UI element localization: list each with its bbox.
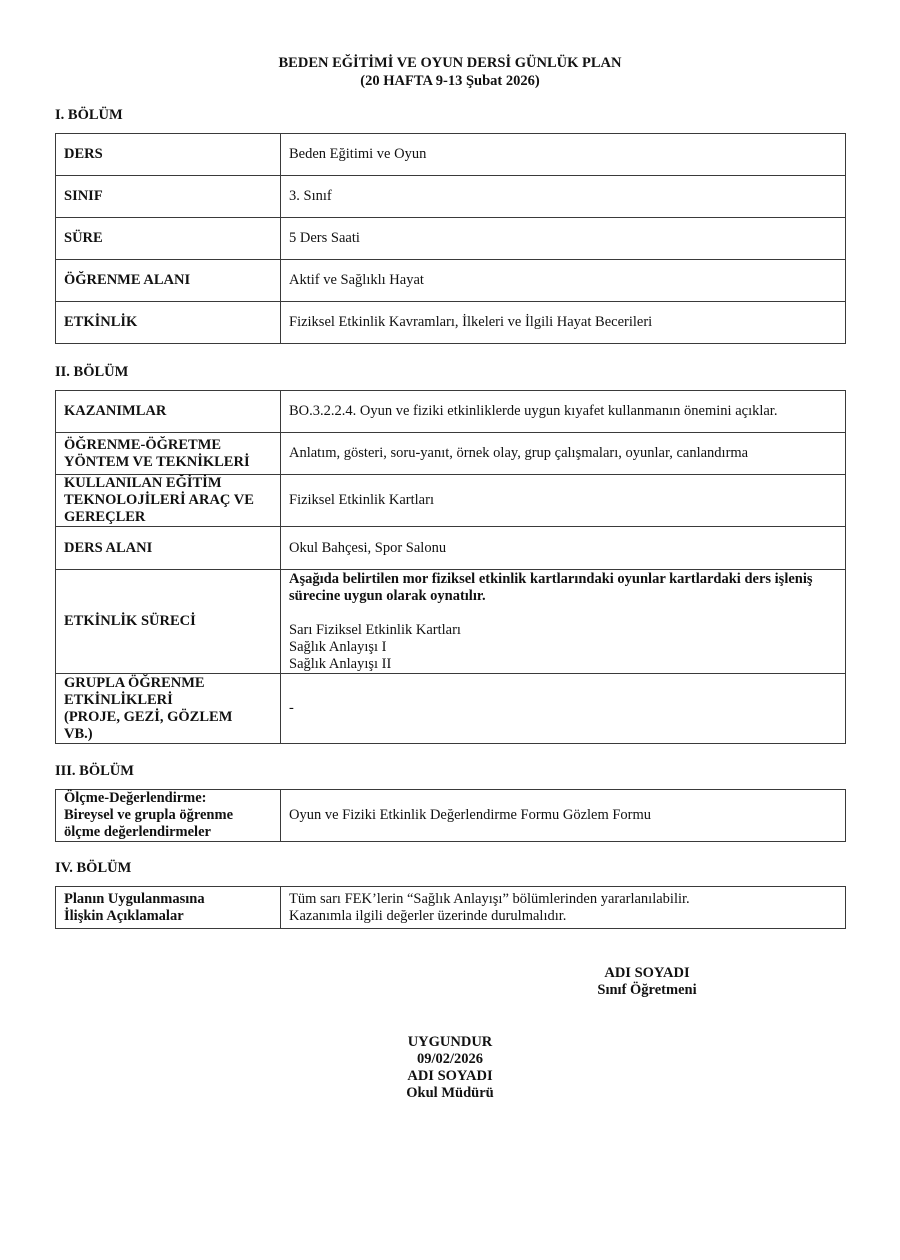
section-2-heading: II. BÖLÜM	[55, 364, 128, 381]
intro-line: sürecine uygun olarak oynatılır.	[289, 588, 837, 605]
kazanimlar-label: KAZANIMLAR	[56, 391, 281, 433]
table-row: GRUPLA ÖĞRENME ETKİNLİKLERİ (PROJE, GEZİ…	[56, 674, 846, 744]
grupla-value: -	[281, 674, 846, 744]
surec-item: Sağlık Anlayışı I	[289, 639, 837, 656]
row-value: Aktif ve Sağlıklı Hayat	[281, 260, 846, 302]
section-1-table: DERS Beden Eğitimi ve Oyun SINIF 3. Sını…	[55, 133, 846, 344]
value-line: Kazanımla ilgili değerler üzerinde durul…	[289, 908, 837, 925]
row-label: DERS	[56, 134, 281, 176]
teacher-name: ADI SOYADI	[547, 965, 747, 982]
table-row: ETKİNLİK SÜRECİ Aşağıda belirtilen mor f…	[56, 570, 846, 674]
surec-intro: Aşağıda belirtilen mor fiziksel etkinlik…	[289, 571, 837, 605]
araclar-value: Fiziksel Etkinlik Kartları	[281, 475, 846, 527]
label-line: Planın Uygulanmasına	[64, 891, 272, 908]
table-row: Ölçme-Değerlendirme: Bireysel ve grupla …	[56, 790, 846, 842]
label-line: Bireysel ve grupla öğrenme	[64, 807, 272, 824]
section-3-heading: III. BÖLÜM	[55, 763, 134, 780]
row-label: ETKİNLİK	[56, 302, 281, 344]
table-row: ÖĞRENME-ÖĞRETME YÖNTEM VE TEKNİKLERİ Anl…	[56, 433, 846, 475]
row-label: SINIF	[56, 176, 281, 218]
principal-name: ADI SOYADI	[350, 1068, 550, 1085]
label-line: İlişkin Açıklamalar	[64, 908, 272, 925]
label-line: GEREÇLER	[64, 509, 272, 526]
section-1-heading: I. BÖLÜM	[55, 107, 123, 124]
yontem-value: Anlatım, gösteri, soru-yanıt, örnek olay…	[281, 433, 846, 475]
approval-date: 09/02/2026	[350, 1051, 550, 1068]
table-row: SINIF 3. Sınıf	[56, 176, 846, 218]
table-row: SÜRE 5 Ders Saati	[56, 218, 846, 260]
aciklamalar-value: Tüm sarı FEK’lerin “Sağlık Anlayışı” böl…	[281, 887, 846, 929]
label-line: ÖĞRENME-ÖĞRETME	[64, 437, 272, 454]
section-4-table: Planın Uygulanmasına İlişkin Açıklamalar…	[55, 886, 846, 929]
araclar-label: KULLANILAN EĞİTİM TEKNOLOJİLERİ ARAÇ VE …	[56, 475, 281, 527]
teacher-title: Sınıf Öğretmeni	[547, 982, 747, 999]
section-2-table: KAZANIMLAR BO.3.2.2.4. Oyun ve fiziki et…	[55, 390, 846, 744]
kazanimlar-value: BO.3.2.2.4. Oyun ve fiziki etkinliklerde…	[281, 391, 846, 433]
surec-value: Aşağıda belirtilen mor fiziksel etkinlik…	[281, 570, 846, 674]
ders-alani-value: Okul Bahçesi, Spor Salonu	[281, 527, 846, 570]
label-line: (PROJE, GEZİ, GÖZLEM	[64, 709, 272, 726]
table-row: ÖĞRENME ALANI Aktif ve Sağlıklı Hayat	[56, 260, 846, 302]
ders-alani-label: DERS ALANI	[56, 527, 281, 570]
olcme-value: Oyun ve Fiziki Etkinlik Değerlendirme Fo…	[281, 790, 846, 842]
label-line: ETKİNLİKLERİ	[64, 692, 272, 709]
olcme-label: Ölçme-Değerlendirme: Bireysel ve grupla …	[56, 790, 281, 842]
aciklamalar-label: Planın Uygulanmasına İlişkin Açıklamalar	[56, 887, 281, 929]
table-row: KULLANILAN EĞİTİM TEKNOLOJİLERİ ARAÇ VE …	[56, 475, 846, 527]
label-line: TEKNOLOJİLERİ ARAÇ VE	[64, 492, 272, 509]
label-line: VB.)	[64, 726, 272, 743]
approval-text: UYGUNDUR	[350, 1034, 550, 1051]
row-value: 3. Sınıf	[281, 176, 846, 218]
surec-item: Sarı Fiziksel Etkinlik Kartları	[289, 622, 837, 639]
teacher-signature: ADI SOYADI Sınıf Öğretmeni	[547, 965, 747, 999]
label-line: YÖNTEM VE TEKNİKLERİ	[64, 454, 272, 471]
table-row: DERS Beden Eğitimi ve Oyun	[56, 134, 846, 176]
label-line: Ölçme-Değerlendirme:	[64, 790, 272, 807]
row-value: 5 Ders Saati	[281, 218, 846, 260]
intro-line: Aşağıda belirtilen mor fiziksel etkinlik…	[289, 571, 837, 588]
title-line-2: (20 HAFTA 9-13 Şubat 2026)	[0, 72, 900, 90]
principal-signature: UYGUNDUR 09/02/2026 ADI SOYADI Okul Müdü…	[350, 1034, 550, 1102]
grupla-label: GRUPLA ÖĞRENME ETKİNLİKLERİ (PROJE, GEZİ…	[56, 674, 281, 744]
table-row: ETKİNLİK Fiziksel Etkinlik Kavramları, İ…	[56, 302, 846, 344]
table-row: DERS ALANI Okul Bahçesi, Spor Salonu	[56, 527, 846, 570]
document-title: BEDEN EĞİTİMİ VE OYUN DERSİ GÜNLÜK PLAN …	[0, 54, 900, 90]
row-value: Fiziksel Etkinlik Kavramları, İlkeleri v…	[281, 302, 846, 344]
surec-label: ETKİNLİK SÜRECİ	[56, 570, 281, 674]
surec-item: Sağlık Anlayışı II	[289, 656, 837, 673]
label-line: KULLANILAN EĞİTİM	[64, 475, 272, 492]
row-value: Beden Eğitimi ve Oyun	[281, 134, 846, 176]
principal-title: Okul Müdürü	[350, 1085, 550, 1102]
section-4-heading: IV. BÖLÜM	[55, 860, 131, 877]
value-line: Tüm sarı FEK’lerin “Sağlık Anlayışı” böl…	[289, 891, 837, 908]
title-line-1: BEDEN EĞİTİMİ VE OYUN DERSİ GÜNLÜK PLAN	[0, 54, 900, 72]
label-line: ölçme değerlendirmeler	[64, 824, 272, 841]
row-label: ÖĞRENME ALANI	[56, 260, 281, 302]
section-3-table: Ölçme-Değerlendirme: Bireysel ve grupla …	[55, 789, 846, 842]
table-row: Planın Uygulanmasına İlişkin Açıklamalar…	[56, 887, 846, 929]
yontem-label: ÖĞRENME-ÖĞRETME YÖNTEM VE TEKNİKLERİ	[56, 433, 281, 475]
table-row: KAZANIMLAR BO.3.2.2.4. Oyun ve fiziki et…	[56, 391, 846, 433]
label-line: GRUPLA ÖĞRENME	[64, 675, 272, 692]
row-label: SÜRE	[56, 218, 281, 260]
